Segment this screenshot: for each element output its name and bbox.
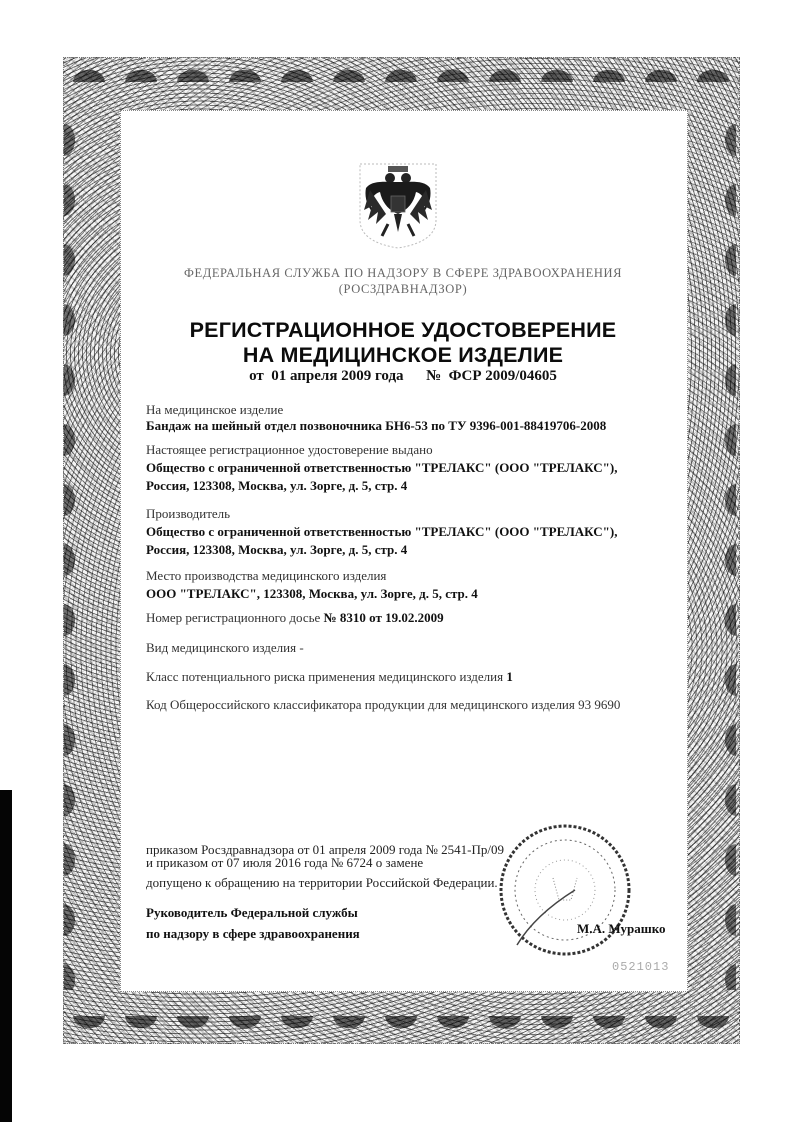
field-okp-code: Код Общероссийского классификатора проду…: [146, 697, 686, 713]
field-dossier-label: Номер регистрационного досье: [146, 610, 320, 625]
agency-name: ФЕДЕРАЛЬНАЯ СЛУЖБА ПО НАДЗОРУ В СФЕРЕ ЗД…: [120, 266, 686, 281]
field-manufacturer-value-line1: Общество с ограниченной ответственностью…: [146, 523, 686, 541]
border-ornament-bottom: [63, 1016, 740, 1040]
form-serial-number: 0521013: [612, 960, 669, 974]
field-issued-to-value-line1: Общество с ограниченной ответственностью…: [146, 459, 686, 477]
russian-coat-of-arms-icon: [354, 158, 442, 250]
document-title-line1: РЕГИСТРАЦИОННОЕ УДОСТОВЕРЕНИЕ: [120, 318, 686, 343]
field-risk-class: Класс потенциального риска применения ме…: [146, 669, 686, 685]
document-title-line2: НА МЕДИЦИНСКОЕ ИЗДЕЛИЕ: [120, 343, 686, 368]
signer-title-line1: Руководитель Федеральной службы: [146, 902, 446, 923]
field-okp-code-value: 93 9690: [578, 697, 620, 712]
field-manufacturer-label: Производитель: [146, 505, 686, 523]
certificate-date: 01 апреля 2009 года: [271, 368, 403, 384]
signer-title-line2: по надзору в сфере здравоохранения: [146, 923, 446, 944]
field-device-type: Вид медицинского изделия -: [146, 640, 686, 656]
field-issued-to-value-line2: Россия, 123308, Москва, ул. Зорге, д. 5,…: [146, 477, 686, 495]
field-dossier-value: № 8310 от 19.02.2009: [324, 610, 444, 625]
certificate-number: ФСР 2009/04605: [449, 368, 557, 384]
field-okp-code-label: Код Общероссийского классификатора проду…: [146, 697, 575, 712]
border-ornament-right: [714, 110, 736, 990]
field-device-label: На медицинское изделие: [146, 402, 686, 418]
field-manufacturer-value-line2: Россия, 123308, Москва, ул. Зорге, д. 5,…: [146, 541, 686, 559]
border-ornament-left: [64, 110, 86, 990]
field-production-site-label: Место производства медицинского изделия: [146, 567, 686, 585]
field-device-type-label: Вид медицинского изделия: [146, 640, 296, 655]
order-line2: и приказом от 07 июля 2016 года № 6724 о…: [146, 856, 566, 869]
agency-abbreviation: (РОСЗДРАВНАДЗОР): [120, 282, 686, 297]
official-seal-icon: [495, 820, 635, 960]
field-dossier: Номер регистрационного досье № 8310 от 1…: [146, 610, 686, 626]
field-issued-to: Настоящее регистрационное удостоверение …: [146, 441, 686, 495]
certificate-dateline: от 01 апреля 2009 года № ФСР 2009/04605: [120, 368, 686, 385]
field-manufacturer: Производитель Общество с ограниченной от…: [146, 505, 686, 559]
field-device-type-value: -: [299, 640, 303, 655]
order-line3: допущено к обращению на территории Росси…: [146, 876, 566, 889]
signer-title: Руководитель Федеральной службы по надзо…: [146, 902, 446, 944]
number-prefix: №: [426, 368, 441, 384]
scan-edge-bar: [0, 790, 12, 1122]
signer-name: М.А. Мурашко: [577, 921, 666, 937]
field-risk-class-value: 1: [506, 669, 513, 684]
field-risk-class-label: Класс потенциального риска применения ме…: [146, 669, 503, 684]
date-prefix: от: [249, 368, 264, 384]
field-issued-to-label: Настоящее регистрационное удостоверение …: [146, 441, 686, 459]
field-production-site: Место производства медицинского изделия …: [146, 567, 686, 603]
field-production-site-value: ООО "ТРЕЛАКС", 123308, Москва, ул. Зорге…: [146, 585, 686, 603]
border-ornament-top: [63, 58, 740, 82]
field-device-value: Бандаж на шейный отдел позвоночника БН6-…: [146, 418, 686, 434]
field-device: На медицинское изделие Бандаж на шейный …: [146, 402, 686, 434]
